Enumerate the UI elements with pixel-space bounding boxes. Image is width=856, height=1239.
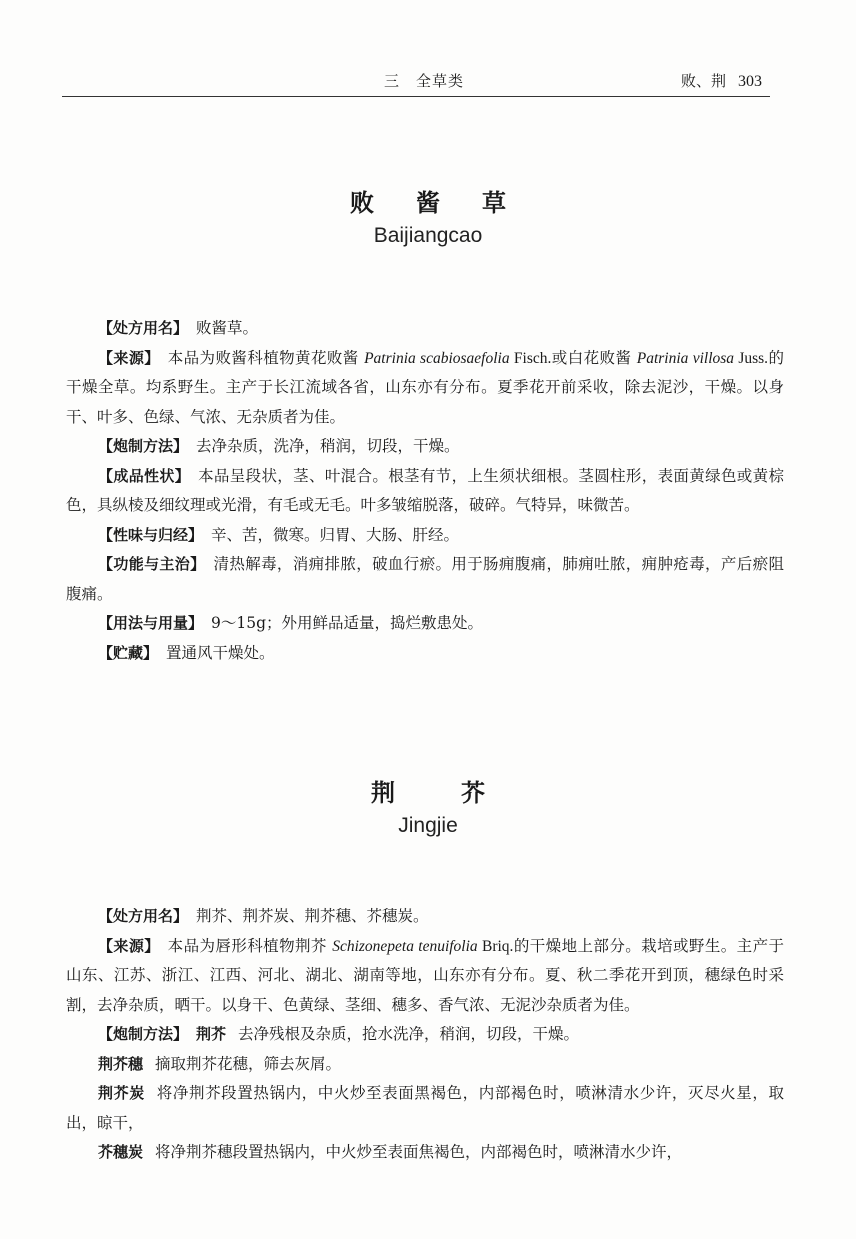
- section-prescription-name: 【处方用名】败酱草。: [66, 314, 784, 344]
- section-label: 【处方用名】: [98, 907, 188, 925]
- title-char: 草: [482, 183, 506, 218]
- chapter-heading: 三全草类: [384, 70, 464, 91]
- section-label: 【成品性状】: [98, 467, 190, 485]
- method-name: 芥穗炭: [98, 1143, 143, 1161]
- section-label: 【功能与主治】: [98, 555, 206, 573]
- method-text: 将净荆芥穗段置热锅内，中火炒至表面焦褐色，内部褐色时，喷淋清水少许，: [155, 1143, 682, 1161]
- section-prescription-name: 【处方用名】荆芥、荆芥炭、荆芥穗、芥穗炭。: [66, 902, 784, 932]
- page-number: 303: [738, 73, 762, 90]
- latin-name: Patrinia villosa: [637, 350, 734, 367]
- section-text: 荆芥、荆芥炭、荆芥穗、芥穗炭。: [196, 907, 429, 925]
- section-functions: 【功能与主治】清热解毒，消痈排脓，破血行瘀。用于肠痈腹痛，肺痈吐脓，痈肿疮毒，产…: [66, 550, 784, 609]
- latin-name: Patrinia scabiosaefolia: [364, 350, 510, 367]
- section-characteristics: 【成品性状】本品呈段状，茎、叶混合。根茎有节，上生须状细根。茎圆柱形，表面黄绿色…: [66, 462, 784, 521]
- author-abbrev: Briq.: [478, 938, 514, 955]
- entry-title-cn: 荆芥: [0, 773, 856, 808]
- method-text: 去净残根及杂质，抢水洗净，稍润，切段，干燥。: [238, 1025, 579, 1043]
- section-source: 【来源】本品为败酱科植物黄花败酱 Patrinia scabiosaefolia…: [66, 344, 784, 433]
- method-name: 荆芥: [196, 1025, 226, 1043]
- section-label: 【处方用名】: [98, 319, 188, 337]
- section-text: 或白花败酱: [551, 349, 636, 367]
- chapter-title: 全草类: [416, 72, 464, 90]
- page-header: 三全草类 败、荆303: [62, 66, 770, 97]
- section-text: 置通风干燥处。: [166, 644, 275, 662]
- section-label: 【贮藏】: [98, 644, 158, 662]
- running-title: 败、荆: [681, 72, 726, 90]
- section-text: 本品为唇形科植物荆芥: [168, 937, 333, 955]
- title-char: 败: [350, 183, 374, 218]
- entry-body-jingjie: 【处方用名】荆芥、荆芥炭、荆芥穗、芥穗炭。 【来源】本品为唇形科植物荆芥 Sch…: [66, 902, 784, 1168]
- author-abbrev: Juss.: [734, 350, 768, 367]
- method-name: 荆芥穗: [98, 1055, 143, 1073]
- author-abbrev: Fisch.: [510, 350, 552, 367]
- processing-item: 荆芥穗摘取荆芥花穗，筛去灰屑。: [66, 1050, 784, 1080]
- section-storage: 【贮藏】置通风干燥处。: [66, 639, 784, 669]
- section-label: 【来源】: [98, 937, 160, 955]
- entry-title-pinyin: Baijiangcao: [0, 224, 856, 248]
- section-processing: 【炮制方法】去净杂质，洗净，稍润，切段，干燥。: [66, 432, 784, 462]
- latin-name: Schizonepeta tenuifolia: [332, 938, 478, 955]
- title-char: 芥: [461, 773, 485, 808]
- processing-item: 芥穗炭将净荆芥穗段置热锅内，中火炒至表面焦褐色，内部褐色时，喷淋清水少许，: [66, 1138, 784, 1168]
- method-text: 摘取荆芥花穗，筛去灰屑。: [155, 1055, 341, 1073]
- section-label: 【来源】: [98, 349, 160, 367]
- section-text: 败酱草。: [196, 319, 258, 337]
- section-text: 本品为败酱科植物黄花败酱: [168, 349, 364, 367]
- section-dosage: 【用法与用量】9～15g；外用鲜品适量，捣烂敷患处。: [66, 609, 784, 639]
- section-processing: 【炮制方法】荆芥去净残根及杂质，抢水洗净，稍润，切段，干燥。: [66, 1020, 784, 1050]
- method-name: 荆芥炭: [98, 1084, 145, 1102]
- section-label: 【性味与归经】: [98, 526, 203, 544]
- title-char: 酱: [416, 183, 440, 218]
- section-text: 辛、苦，微寒。归胃、大肠、肝经。: [211, 526, 459, 544]
- running-head: 败、荆303: [681, 70, 762, 91]
- entry-title-cn: 败酱草: [0, 183, 856, 218]
- section-nature-meridian: 【性味与归经】辛、苦，微寒。归胃、大肠、肝经。: [66, 521, 784, 551]
- section-label: 【炮制方法】: [98, 437, 188, 455]
- method-text: 将净荆芥段置热锅内，中火炒至表面黑褐色，内部褐色时，喷淋清水少许，灭尽火星，取出…: [66, 1084, 784, 1132]
- section-source: 【来源】本品为唇形科植物荆芥 Schizonepeta tenuifolia B…: [66, 932, 784, 1021]
- processing-item: 荆芥炭将净荆芥段置热锅内，中火炒至表面黑褐色，内部褐色时，喷淋清水少许，灭尽火星…: [66, 1079, 784, 1138]
- section-label: 【炮制方法】: [98, 1025, 188, 1043]
- section-label: 【用法与用量】: [98, 614, 203, 632]
- entry-title-jingjie: 荆芥 Jingjie: [0, 773, 856, 838]
- section-text: 去净杂质，洗净，稍润，切段，干燥。: [196, 437, 460, 455]
- title-char: 荆: [371, 773, 395, 808]
- entry-title-pinyin: Jingjie: [0, 814, 856, 838]
- chapter-number: 三: [384, 72, 400, 90]
- entry-body-baijiangcao: 【处方用名】败酱草。 【来源】本品为败酱科植物黄花败酱 Patrinia sca…: [66, 314, 784, 668]
- section-text: 9～15g；外用鲜品适量，捣烂敷患处。: [211, 614, 483, 632]
- entry-title-baijiangcao: 败酱草 Baijiangcao: [0, 183, 856, 248]
